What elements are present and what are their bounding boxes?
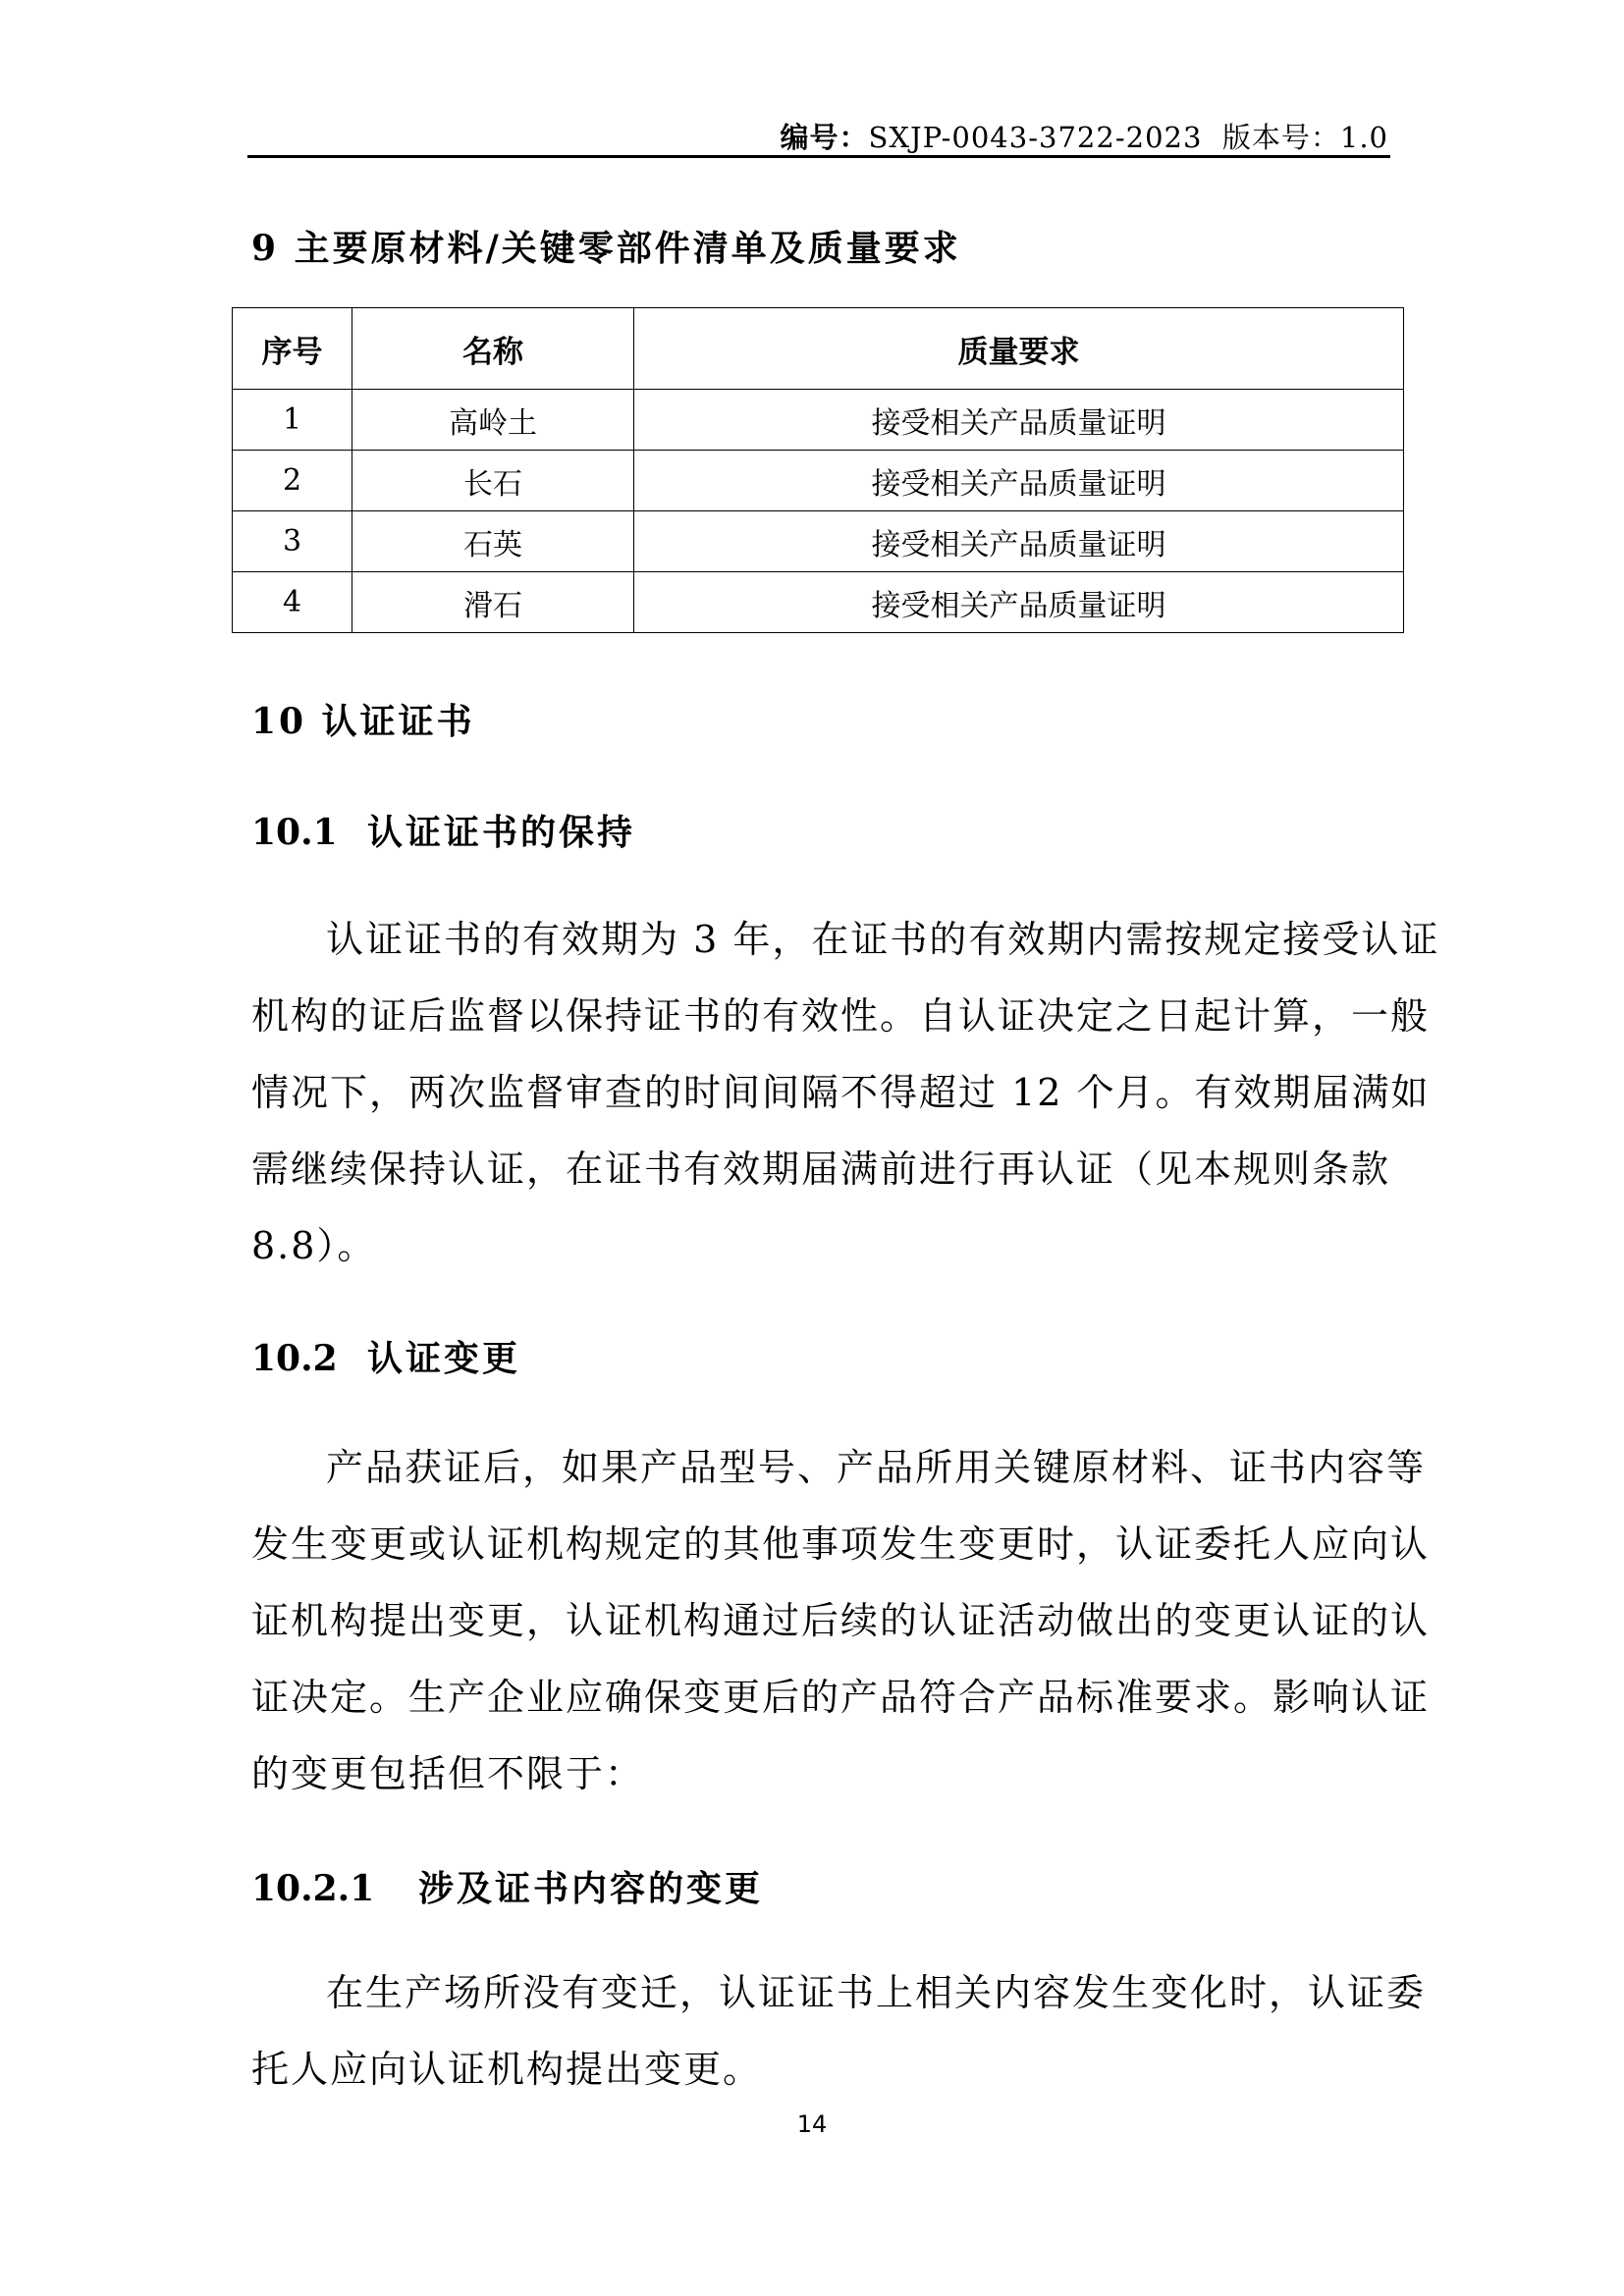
paragraph-line: 的变更包括但不限于：: [251, 1735, 1390, 1812]
column-header-quality: 质量要求: [634, 308, 1404, 390]
cell-index: 1: [233, 390, 352, 451]
cell-quality: 接受相关产品质量证明: [634, 390, 1404, 451]
paragraph-line: 托人应向认证机构提出变更。: [251, 2031, 1390, 2108]
table-row: 3 石英 接受相关产品质量证明: [233, 511, 1404, 572]
table-header-row: 序号 名称 质量要求: [233, 308, 1404, 390]
cell-quality: 接受相关产品质量证明: [634, 572, 1404, 633]
paragraph-line: 机构的证后监督以保持证书的有效性。自认证决定之日起计算，一般: [251, 978, 1390, 1054]
paragraph-line: 证决定。生产企业应确保变更后的产品符合产品标准要求。影响认证: [251, 1659, 1390, 1735]
paragraph-line: 8.8）。: [251, 1207, 1390, 1284]
column-header-index: 序号: [233, 308, 352, 390]
column-header-name: 名称: [352, 308, 634, 390]
cell-index: 4: [233, 572, 352, 633]
table-row: 2 长石 接受相关产品质量证明: [233, 451, 1404, 511]
version-label: 版本号：: [1222, 121, 1340, 154]
section-title: 认证证书的保持: [367, 812, 635, 853]
page-number: 14: [0, 2110, 1624, 2138]
cell-quality: 接受相关产品质量证明: [634, 451, 1404, 511]
materials-table: 序号 名称 质量要求 1 高岭土 接受相关产品质量证明 2 长石 接受相关产品质…: [232, 307, 1404, 633]
cell-index: 2: [233, 451, 352, 511]
section-10-heading: 10 认证证书: [251, 694, 475, 744]
paragraph-line: 产品获证后，如果产品型号、产品所用关键原材料、证书内容等: [251, 1429, 1390, 1506]
section-10-2-1-paragraph: 在生产场所没有变迁，认证证书上相关内容发生变化时，认证委 托人应向认证机构提出变…: [251, 1954, 1390, 2108]
cell-quality: 接受相关产品质量证明: [634, 511, 1404, 572]
cell-index: 3: [233, 511, 352, 572]
cell-name: 长石: [352, 451, 634, 511]
doc-number: SXJP-0043-3722-2023: [869, 121, 1203, 154]
table-row: 4 滑石 接受相关产品质量证明: [233, 572, 1404, 633]
cell-name: 高岭土: [352, 390, 634, 451]
section-number: 10.1: [251, 812, 367, 853]
section-10-2-heading: 10.2认证变更: [251, 1331, 520, 1381]
section-number: 10.2.1: [251, 1868, 418, 1909]
section-9-heading: 9 主要原材料/关键零部件清单及质量要求: [251, 221, 961, 271]
paragraph-line: 在生产场所没有变迁，认证证书上相关内容发生变化时，认证委: [251, 1954, 1390, 2031]
cell-name: 石英: [352, 511, 634, 572]
document-header: 编号：SXJP-0043-3722-2023 版本号：1.0: [251, 116, 1388, 156]
section-title: 涉及证书内容的变更: [418, 1868, 763, 1909]
paragraph-line: 发生变更或认证机构规定的其他事项发生变更时，认证委托人应向认: [251, 1506, 1390, 1582]
cell-name: 滑石: [352, 572, 634, 633]
section-number: 10.2: [251, 1338, 367, 1379]
paragraph-line: 情况下，两次监督审查的时间间隔不得超过 12 个月。有效期届满如: [251, 1054, 1390, 1131]
section-10-2-paragraph: 产品获证后，如果产品型号、产品所用关键原材料、证书内容等 发生变更或认证机构规定…: [251, 1429, 1390, 1812]
version-number: 1.0: [1340, 121, 1388, 154]
section-10-1-paragraph: 认证证书的有效期为 3 年，在证书的有效期内需按规定接受认证 机构的证后监督以保…: [251, 901, 1390, 1284]
section-10-2-1-heading: 10.2.1涉及证书内容的变更: [251, 1861, 763, 1911]
paragraph-line: 需继续保持认证，在证书有效期届满前进行再认证（见本规则条款: [251, 1131, 1390, 1207]
table-row: 1 高岭土 接受相关产品质量证明: [233, 390, 1404, 451]
paragraph-line: 证机构提出变更，认证机构通过后续的认证活动做出的变更认证的认: [251, 1582, 1390, 1659]
doc-number-label: 编号：: [781, 121, 869, 154]
section-10-1-heading: 10.1认证证书的保持: [251, 805, 635, 855]
header-divider: [247, 155, 1390, 158]
paragraph-line: 认证证书的有效期为 3 年，在证书的有效期内需按规定接受认证: [251, 901, 1390, 978]
section-title: 认证变更: [367, 1338, 520, 1379]
